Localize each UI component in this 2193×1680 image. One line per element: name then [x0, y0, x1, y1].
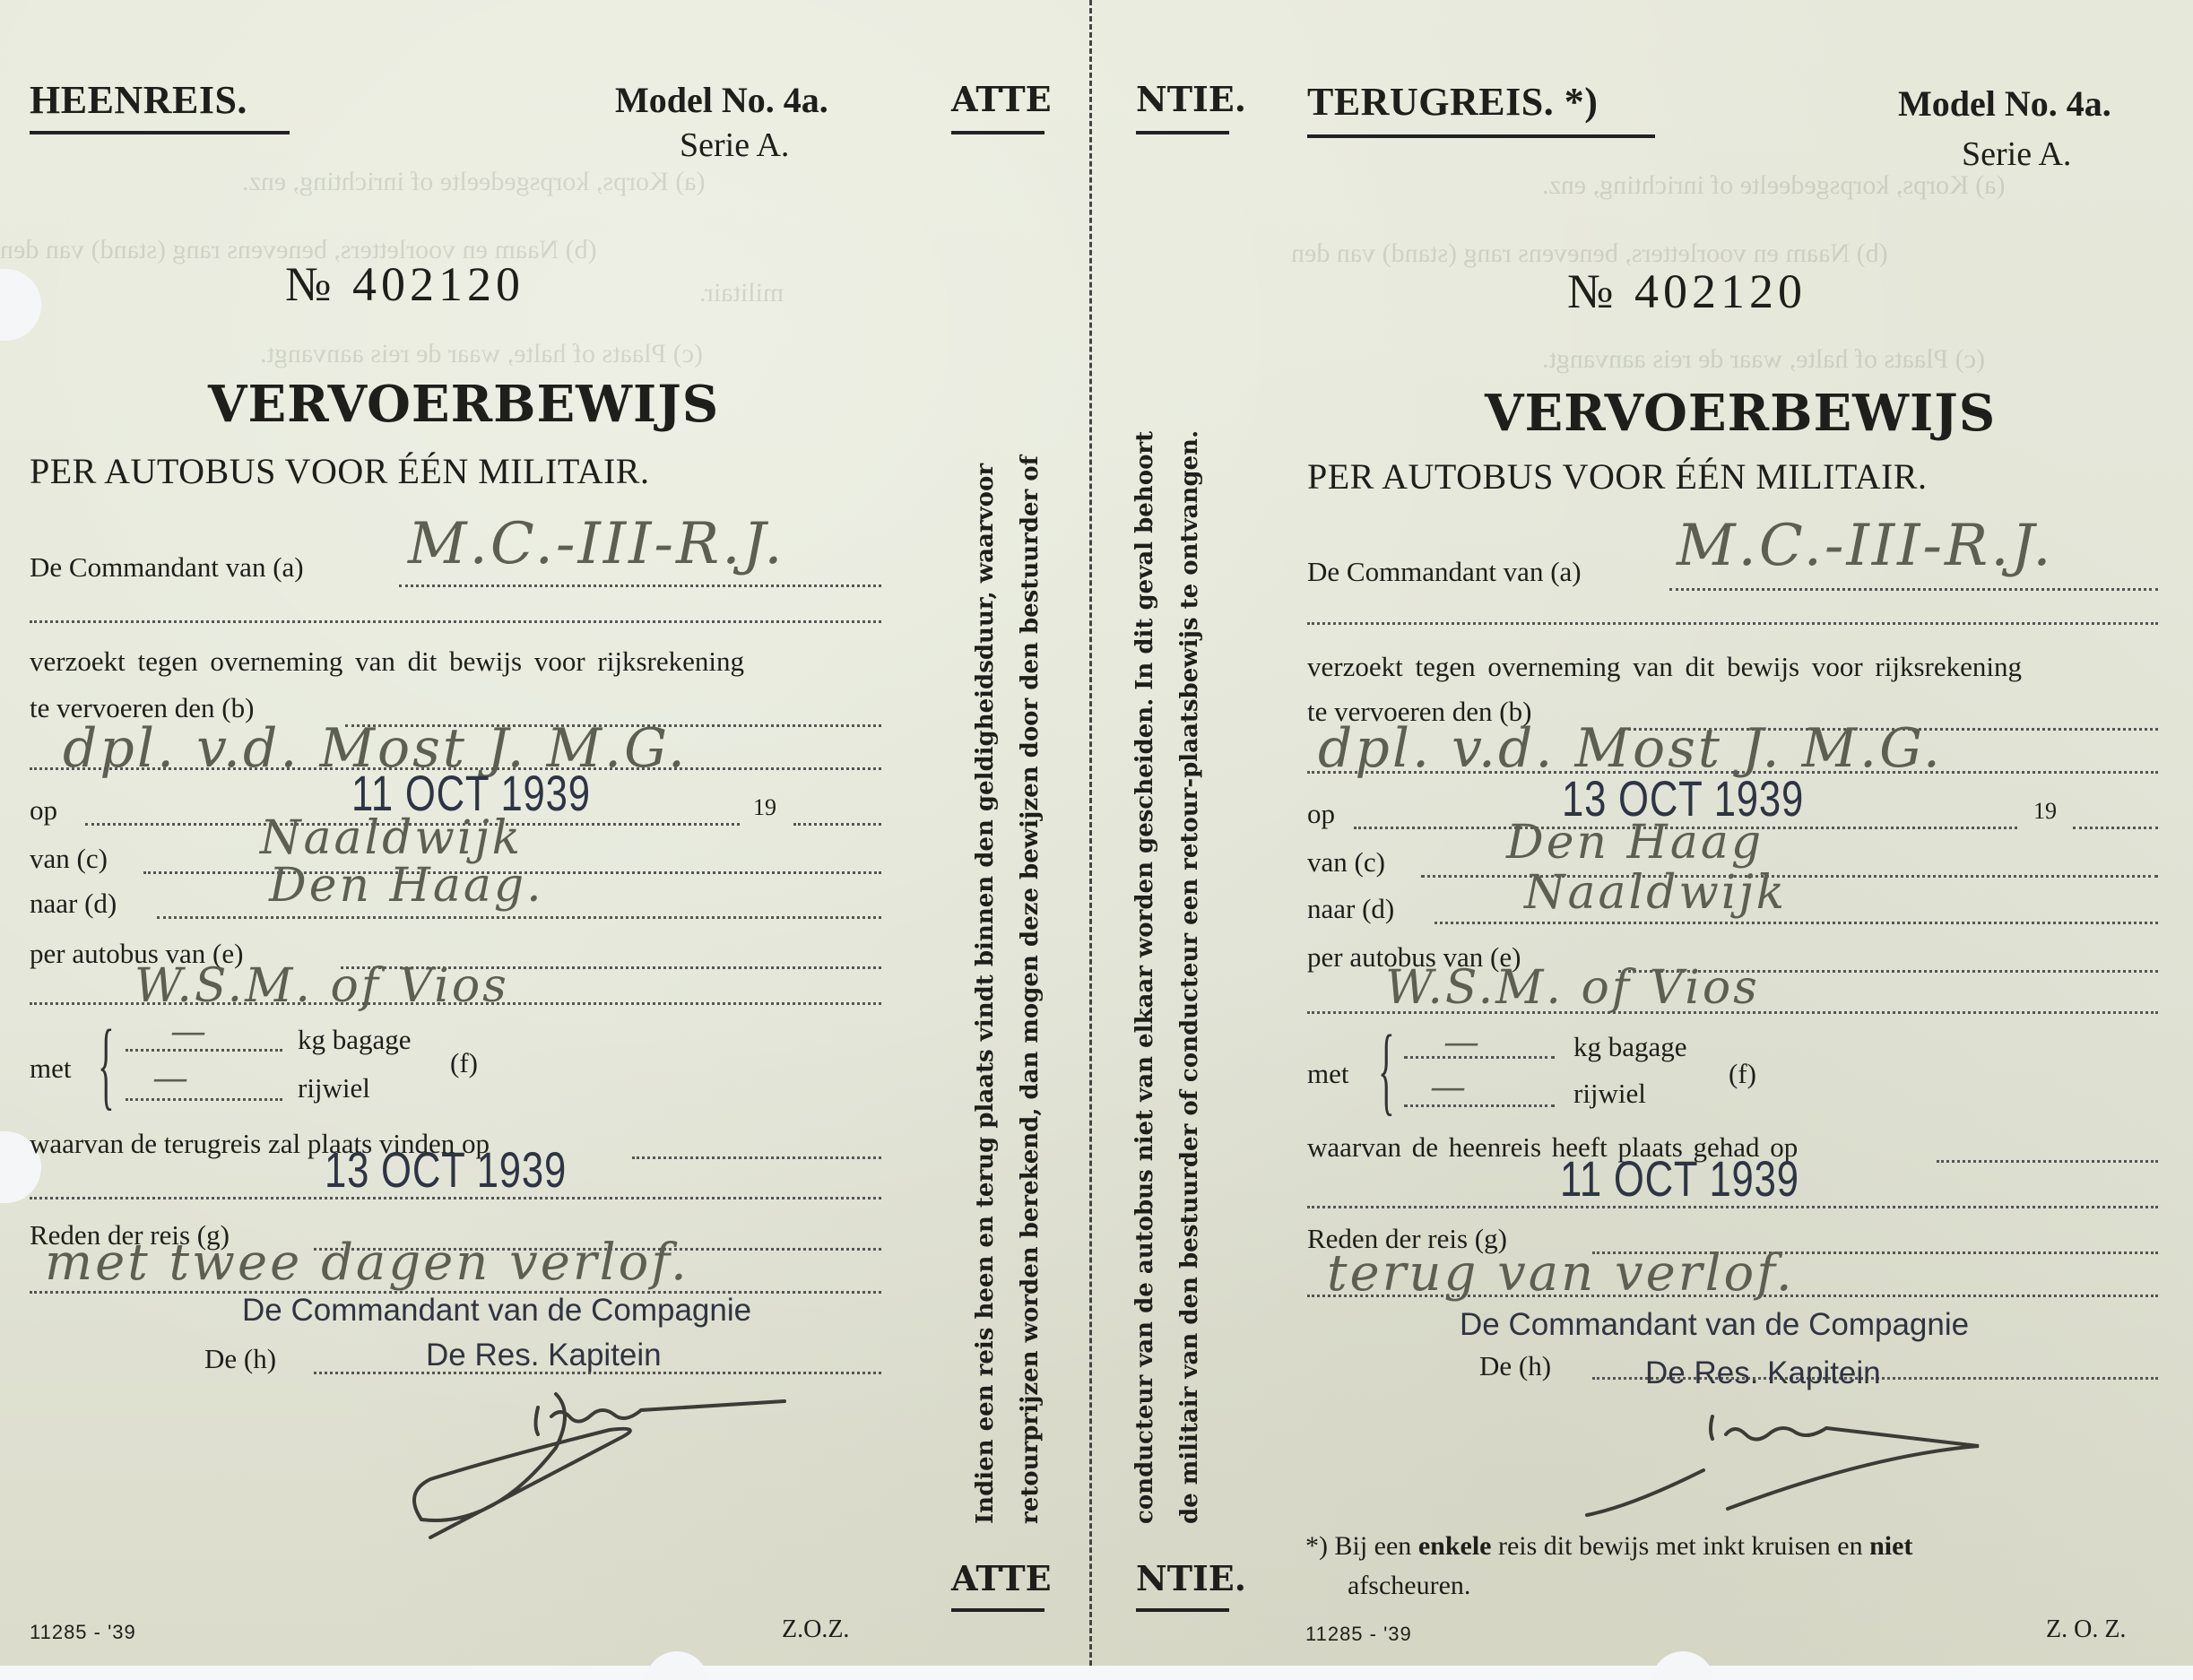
- op-label: op: [30, 794, 57, 827]
- date-stamp: 11 OCT 1939: [1560, 1149, 1799, 1208]
- document-title: VERVOERBEWIJS: [208, 375, 719, 434]
- number-sign-icon: №: [285, 257, 336, 311]
- f-label: (f): [450, 1047, 478, 1079]
- reden-field-line2: [1307, 1295, 2158, 1297]
- heading-underline: [1136, 131, 1229, 134]
- autobus-field-line2: [1307, 1011, 2158, 1014]
- f-label: (f): [1729, 1058, 1756, 1090]
- attention-heading-bottom-left: ATTE: [951, 1558, 1052, 1598]
- de-label: De (h): [1479, 1350, 1551, 1382]
- naar-value: Naaldwijk: [1524, 866, 1787, 920]
- ticket-number-value: 402120: [352, 257, 524, 311]
- naar-field: [1435, 922, 2158, 924]
- commandant-value: M.C.-III-R.J.: [1677, 513, 2054, 579]
- serie: Serie A.: [1962, 134, 2071, 174]
- request-text: verzoekt tegen overneming van dit bewijs…: [30, 645, 744, 678]
- scan-background: [0, 1666, 2193, 1680]
- footnote-line2: afscheuren.: [1348, 1571, 1470, 1601]
- attention-text-line: de militair van den bestuurder of conduc…: [1176, 430, 1203, 1524]
- zoz-label: Z. O. Z.: [2046, 1615, 2126, 1644]
- commandant-stamp: De Commandant van de Compagnie: [242, 1293, 751, 1329]
- year-prefix: 19: [753, 794, 776, 821]
- footnote-emphasis: enkele: [1418, 1531, 1492, 1561]
- heading-underline: [1136, 1608, 1229, 1612]
- autobus-field-line2: [30, 1002, 881, 1005]
- bleed-through-text: (a) Korps, korpsgedeelte of inrichting, …: [242, 167, 706, 197]
- heading-underline: [1307, 134, 1655, 138]
- ticket-number-value: 402120: [1634, 264, 1807, 318]
- van-value: Naaldwijk: [260, 811, 523, 865]
- year-field: [2073, 827, 2158, 829]
- year-prefix: 19: [2033, 798, 2057, 825]
- heading-underline: [30, 131, 290, 134]
- commandant-field: [1669, 588, 2158, 591]
- rank-stamp: De Res. Kapitein: [1645, 1355, 1881, 1391]
- rijwiel-label: rijwiel: [298, 1072, 370, 1104]
- reden-value: met twee dagen verlof.: [45, 1234, 689, 1292]
- waarvan-field: [1937, 1160, 2158, 1163]
- request-text: verzoekt tegen overneming van dit bewijs…: [1307, 651, 2022, 683]
- date-stamp: 13 OCT 1939: [325, 1140, 567, 1199]
- heading-terugreis: TERUGREIS. *): [1307, 79, 1598, 125]
- bleed-through-text: militair.: [699, 278, 784, 308]
- ticket-number: № 402120: [285, 256, 524, 312]
- bleed-through-text: (a) Korps, korpsgedeelte of inrichting, …: [1542, 170, 2006, 201]
- bagage-value: —: [1443, 1022, 1482, 1063]
- signature: [394, 1381, 914, 1560]
- rijwiel-label: rijwiel: [1573, 1078, 1646, 1110]
- van-value: Den Haag: [1506, 816, 1764, 870]
- naar-value: Den Haag.: [269, 859, 544, 913]
- met-label: met: [30, 1052, 72, 1085]
- signature: [1560, 1399, 2098, 1533]
- commandant-stamp: De Commandant van de Compagnie: [1460, 1307, 1969, 1343]
- van-label: van (c): [30, 843, 108, 875]
- rijwiel-field: [1404, 1104, 1555, 1107]
- number-sign-icon: №: [1567, 264, 1618, 318]
- document-subtitle: PER AUTOBUS VOOR ÉÉN MILITAIR.: [1307, 455, 1927, 498]
- brace-icon: {: [1378, 1013, 1394, 1127]
- heading-underline: [951, 131, 1044, 134]
- rijwiel-value: —: [152, 1058, 191, 1099]
- zoz-label: Z.O.Z.: [782, 1615, 849, 1644]
- waarvan-field-line2: [1307, 1206, 2158, 1208]
- bagage-value: —: [170, 1011, 209, 1052]
- bleed-through-text: (c) Plaats of halte, waar de reis aanvan…: [260, 339, 703, 369]
- footnote: *) Bij een enkele reis dit bewijs met in…: [1305, 1531, 1912, 1562]
- attention-heading-left: ATTE: [951, 79, 1052, 119]
- document-title: VERVOERBEWIJS: [1485, 384, 1996, 443]
- commandant-label: De Commandant van (a): [30, 551, 304, 584]
- bagage-label: kg bagage: [298, 1024, 412, 1056]
- rank-stamp: De Res. Kapitein: [426, 1338, 662, 1373]
- attention-text-line: conducteur van de autobus niet van elkaa…: [1131, 431, 1158, 1524]
- naar-field: [157, 916, 881, 919]
- bleed-through-text: (c) Plaats of halte, waar de reis aanvan…: [1542, 344, 1985, 375]
- ticket-number: № 402120: [1567, 264, 1807, 319]
- de-label: De (h): [204, 1343, 276, 1375]
- perforation-tear-line[interactable]: [1089, 0, 1092, 1666]
- model-number: Model No. 4a.: [615, 79, 828, 121]
- autobus-value: W.S.M. of Vios: [1385, 961, 1760, 1015]
- waarvan-field: [632, 1156, 881, 1159]
- rijwiel-value: —: [1430, 1067, 1469, 1108]
- print-code: 11285 - '39: [1305, 1623, 1412, 1646]
- footnote-text: reis dit bewijs met inkt kruisen en: [1491, 1531, 1869, 1561]
- van-label: van (c): [1307, 846, 1385, 879]
- commandant-value: M.C.-III-R.J.: [408, 511, 785, 577]
- rijwiel-field: [126, 1098, 282, 1101]
- footnote-emphasis: niet: [1869, 1531, 1912, 1561]
- op-label: op: [1307, 798, 1335, 830]
- heading-heenreis: HEENREIS.: [30, 77, 247, 123]
- print-code: 11285 - '39: [30, 1621, 136, 1644]
- heading-underline: [951, 1608, 1044, 1612]
- commandant-field-line2: [30, 620, 881, 623]
- model-number: Model No. 4a.: [1898, 82, 2111, 125]
- year-field: [793, 823, 881, 826]
- waarvan-field-line2: [30, 1197, 881, 1199]
- naar-label: naar (d): [1307, 893, 1394, 925]
- document-subtitle: PER AUTOBUS VOOR ÉÉN MILITAIR.: [30, 450, 649, 492]
- commandant-field: [399, 585, 881, 587]
- commandant-label: De Commandant van (a): [1307, 556, 1582, 588]
- commandant-field-line2: [1307, 622, 2158, 625]
- attention-heading-right: NTIE.: [1136, 79, 1246, 119]
- autobus-value: W.S.M. of Vios: [134, 959, 509, 1013]
- naar-label: naar (d): [30, 888, 117, 920]
- serie: Serie A.: [680, 126, 789, 165]
- brace-icon: {: [98, 1008, 114, 1121]
- attention-text-line: Indien een reis heen en terug plaats vin…: [972, 463, 999, 1524]
- attention-text-line: retourprijzen worden berekend, dan mogen…: [1017, 455, 1044, 1524]
- footnote-text: *) Bij een: [1305, 1531, 1418, 1561]
- bagage-label: kg bagage: [1573, 1031, 1687, 1063]
- met-label: met: [1307, 1058, 1349, 1090]
- attention-heading-bottom-right: NTIE.: [1136, 1558, 1246, 1598]
